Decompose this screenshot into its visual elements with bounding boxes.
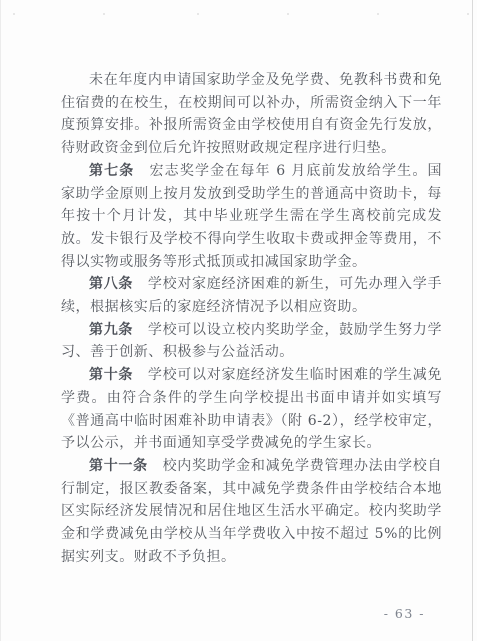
paragraph: 第十一条 校内奖助学金和减免学费管理办法由学校自行制定，报区教委备案，其中减免学…: [61, 455, 442, 569]
page-number: - 63 -: [384, 606, 425, 621]
scan-speck: [13, 13, 15, 15]
document-body: 未在年度内申请国家助学金及免学费、免教科书费和免住宿费的在校生，在校期间可以补办…: [61, 69, 442, 568]
scan-edge-line-left: [0, 0, 1, 641]
scan-speck: [103, 13, 105, 15]
document-page: 未在年度内申请国家助学金及免学费、免教科书费和免住宿费的在校生，在校期间可以补办…: [0, 0, 477, 641]
paragraph: 未在年度内申请国家助学金及免学费、免教科书费和免住宿费的在校生，在校期间可以补办…: [61, 69, 442, 160]
article-heading: 第七条: [89, 163, 150, 179]
scan-speck: [467, 13, 469, 15]
paragraph: 第十条 学校可以对家庭经济发生临时困难的学生减免学费。由符合条件的学生向学校提出…: [61, 364, 442, 455]
article-heading: 第十条: [89, 367, 148, 383]
paragraph: 第九条 学校可以设立校内奖助学金，鼓励学生努力学习、善于创新、积极参与公益活动。: [61, 319, 442, 364]
article-heading: 第十一条: [89, 458, 163, 474]
paragraph: 第七条 宏志奖学金在每年 6 月底前发放给学生。国家助学金原则上按月发放到受助学…: [61, 160, 442, 274]
scan-speck: [197, 13, 199, 15]
scan-speck: [287, 13, 289, 15]
scan-speck: [377, 13, 379, 15]
paragraph: 第八条 学校对家庭经济困难的新生，可先办理入学手续，根据核实后的家庭经济情况予以…: [61, 273, 442, 318]
scan-edge-line-right: [472, 0, 473, 641]
paragraph-text: 未在年度内申请国家助学金及免学费、免教科书费和免住宿费的在校生，在校期间可以补办…: [61, 72, 442, 156]
article-heading: 第八条: [89, 276, 148, 292]
article-heading: 第九条: [89, 322, 148, 338]
